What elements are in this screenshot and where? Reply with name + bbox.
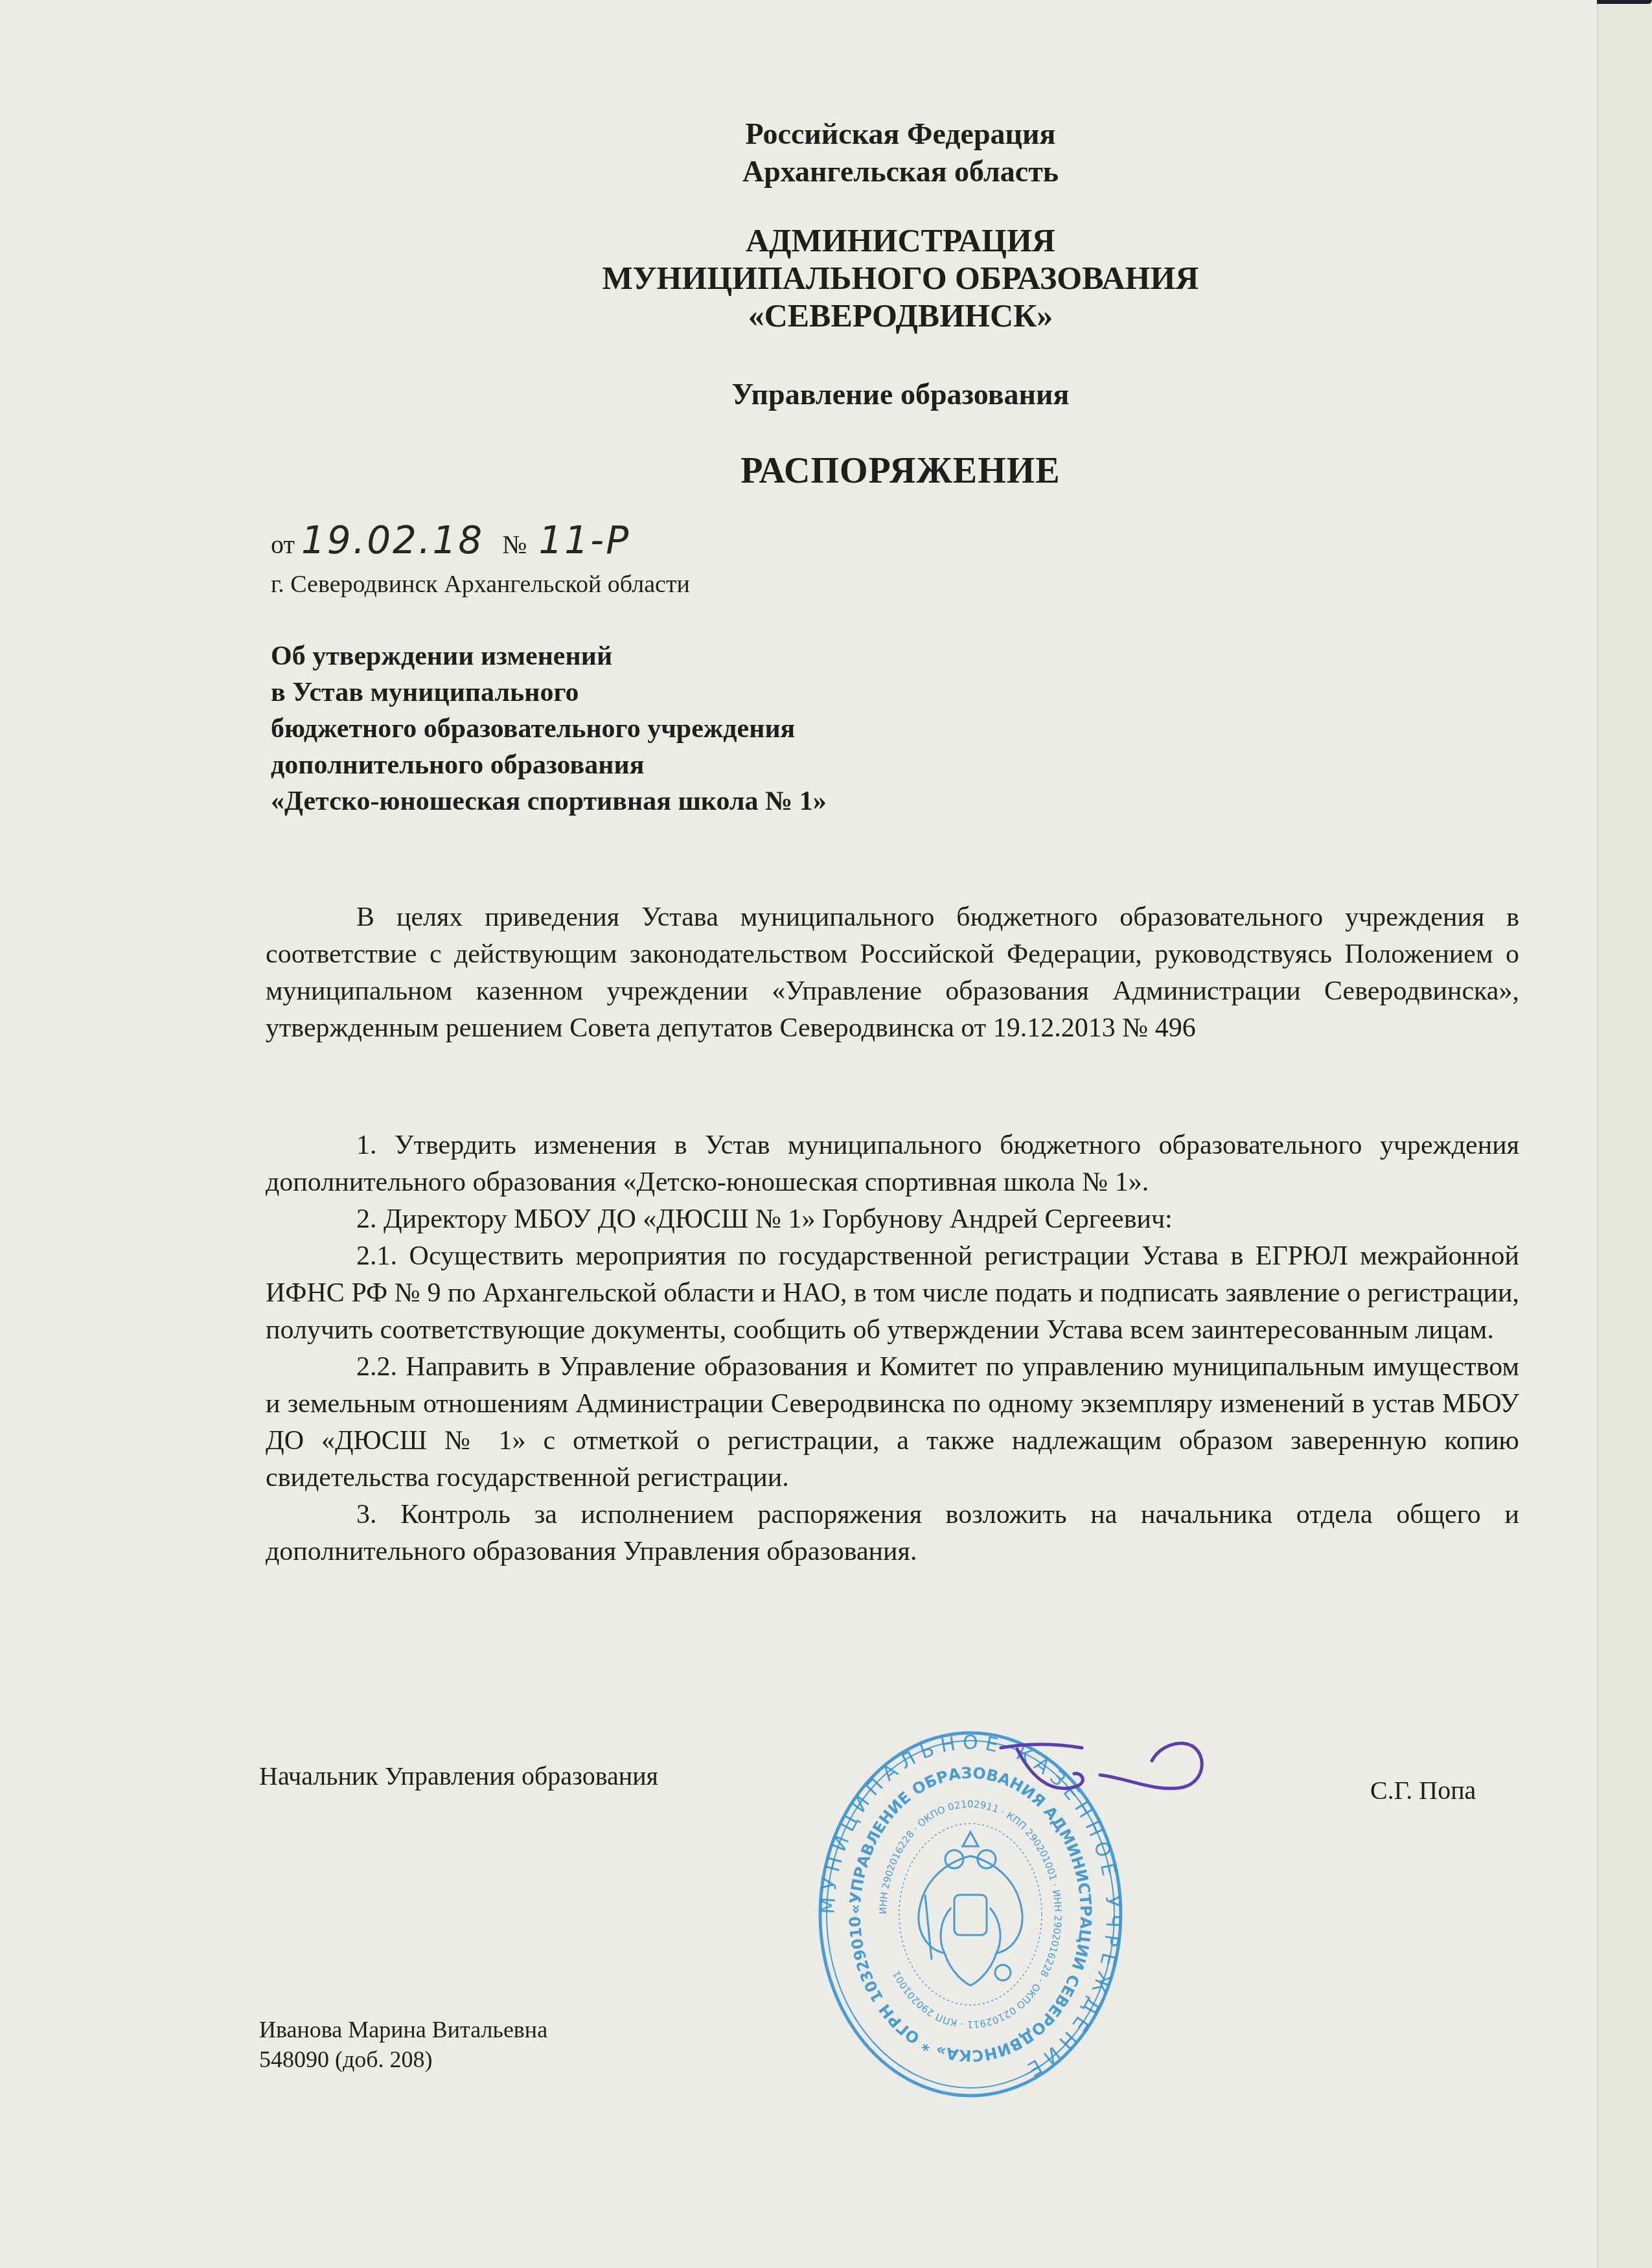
subject-line: бюджетного образовательного учреждения <box>271 711 827 747</box>
number-label: № <box>502 530 527 559</box>
header-region: Архангельская область <box>0 153 1652 190</box>
handwritten-date: 19.02.18 <box>301 518 484 562</box>
scan-edge-corner <box>1597 0 1652 4</box>
signatory-name: С.Г. Попа <box>1370 1775 1476 1805</box>
coat-of-arms-icon <box>919 1832 1022 1986</box>
clause-2-2: 2.2. Направить в Управление образования … <box>266 1349 1519 1496</box>
clause-2-1: 2.1. Осуществить мероприятия по государс… <box>266 1238 1519 1349</box>
signatory-role: Начальник Управления образования <box>259 1761 658 1791</box>
handwritten-number: 11-Р <box>538 518 630 562</box>
subject-line: дополнительного образования <box>271 747 827 783</box>
order-city: г. Северодвинск Архангельской области <box>271 570 690 599</box>
preamble: В целях приведения Устава муниципального… <box>266 899 1519 1047</box>
handwritten-signature-icon <box>998 1736 1270 1814</box>
header-country: Российская Федерация <box>0 115 1652 153</box>
subject-line: в Устав муниципального <box>271 674 827 711</box>
header-department: Управление образования <box>0 376 1652 413</box>
preamble-text: В целях приведения Устава муниципального… <box>266 899 1519 1047</box>
scan-edge-strip <box>1597 0 1652 2268</box>
header-admin-line3: «СЕВЕРОДВИНСК» <box>0 297 1652 334</box>
document-type-title: РАСПОРЯЖЕНИЕ <box>0 450 1652 492</box>
clause-2: 2. Директору МБОУ ДО «ДЮСШ № 1» Горбунов… <box>266 1201 1519 1238</box>
clause-3: 3. Контроль за исполнением распоряжения … <box>266 1496 1519 1570</box>
subject-block: Об утверждении изменений в Устав муницип… <box>271 638 827 819</box>
clause-1: 1. Утвердить изменения в Устав муниципал… <box>266 1127 1519 1201</box>
contact-phone: 548090 (доб. 208) <box>259 2045 547 2074</box>
order-date-line: от 19.02.18 № 11-Р <box>271 518 630 562</box>
contact-block: Иванова Марина Витальевна 548090 (доб. 2… <box>259 2015 547 2074</box>
clauses: 1. Утвердить изменения в Устав муниципал… <box>266 1127 1519 1570</box>
header-admin-line2: МУНИЦИПАЛЬНОГО ОБРАЗОВАНИЯ <box>0 259 1652 297</box>
subject-line: Об утверждении изменений <box>271 638 827 674</box>
header-admin-line1: АДМИНИСТРАЦИЯ <box>0 222 1652 259</box>
document-page: Российская Федерация Архангельская облас… <box>0 0 1597 2268</box>
subject-line: «Детско-юношеская спортивная школа № 1» <box>271 783 827 819</box>
contact-name: Иванова Марина Витальевна <box>259 2015 547 2045</box>
from-label: от <box>271 530 295 559</box>
